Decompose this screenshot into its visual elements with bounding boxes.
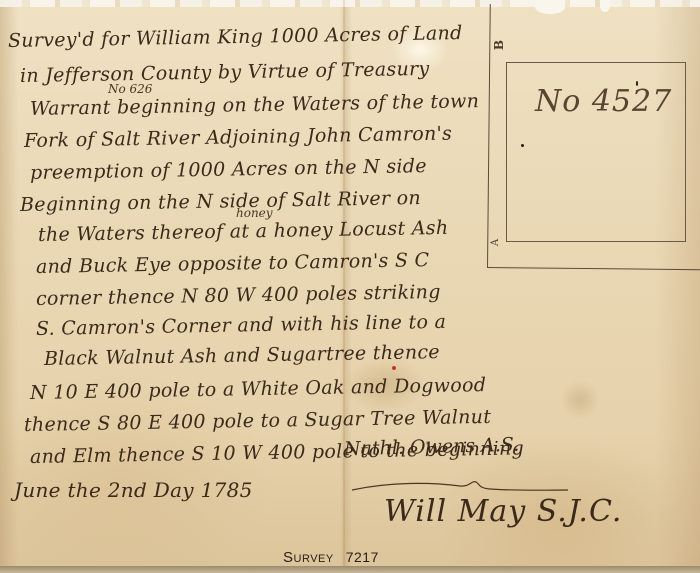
interlinear-insert: honey [236, 206, 273, 220]
stamp-number: 7217 [346, 549, 379, 565]
body-line: Beginning on the N side of Salt River on [20, 187, 421, 216]
surveyor-signature: Nathl. Owens A.S. [344, 434, 520, 461]
body-line: corner thence N 80 W 400 poles striking [36, 281, 441, 310]
survey-document-page: B A No 4527 Survey'd for William King 10… [0, 0, 700, 573]
body-line: Warrant beginning on the Waters of the t… [30, 90, 480, 120]
body-line: Fork of Salt River Adjoining John Camron… [24, 123, 452, 152]
archive-stamp: Survey7217 [283, 549, 379, 566]
body-line: N 10 E 400 pole to a White Oak and Dogwo… [30, 374, 487, 404]
register-signature: Will May S.J.C. [384, 494, 622, 529]
body-line: S. Camron's Corner and with his line to … [36, 311, 447, 340]
warrant-number-note: No 626 [108, 82, 152, 96]
body-line: Black Walnut Ash and Sugartree thence [44, 341, 440, 370]
red-ink-mark [392, 366, 396, 370]
signature-flourish [350, 478, 570, 494]
body-line: the Waters thereof at a honey Locust Ash [38, 217, 449, 246]
body-line: and Buck Eye opposite to Camron's S C [36, 249, 430, 278]
body-line: preemption of 1000 Acres on the N side [30, 155, 427, 184]
body-line: in Jefferson County by Virtue of Treasur… [20, 58, 430, 87]
body-line: Survey'd for William King 1000 Acres of … [8, 22, 463, 52]
scan-bottom-edge [0, 566, 700, 573]
date-line: June the 2nd Day 1785 [14, 478, 253, 502]
body-line: thence S 80 E 400 pole to a Sugar Tree W… [24, 406, 492, 436]
stamp-label: Survey [283, 549, 334, 566]
